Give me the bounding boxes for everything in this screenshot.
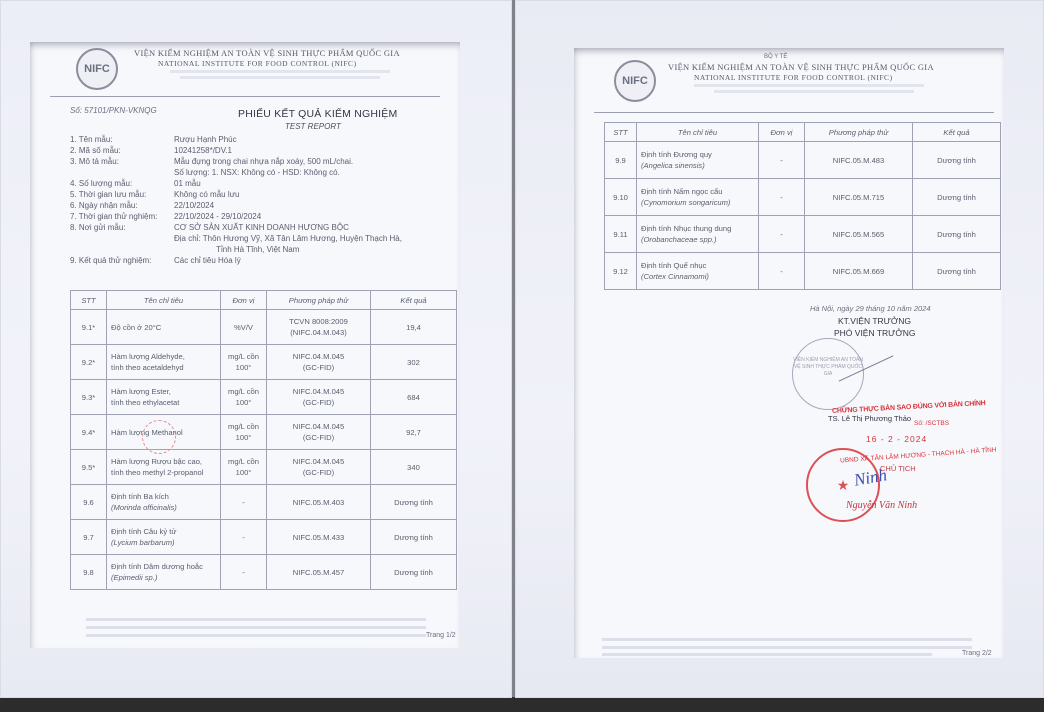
cell-method: NIFC.05.M.403 — [267, 485, 371, 520]
indicator-name: Định tính Dâm dương hoắc — [111, 561, 218, 572]
cell-stt: 9.5* — [71, 450, 107, 485]
info-row: 7. Thời gian thử nghiệm:22/10/2024 - 29/… — [70, 211, 464, 222]
red-stamp-fragment — [142, 420, 176, 454]
indicator-name: Định tính Đương quy — [641, 149, 756, 160]
cell-unit: - — [759, 142, 805, 179]
cell-stt: 9.6 — [71, 485, 107, 520]
info-label: 2. Mã số mẫu: — [70, 145, 174, 156]
column-header: Kết quả — [371, 291, 457, 310]
cell-unit: - — [759, 179, 805, 216]
info-value: Tỉnh Hà Tĩnh, Việt Nam — [174, 244, 464, 255]
info-value: Các chỉ tiêu Hóa lý — [174, 255, 464, 266]
cell-method: TCVN 8008:2009 (NIFC.04.M.043) — [267, 310, 371, 345]
cell-method: NIFC.05.M.457 — [267, 555, 371, 590]
page-number: Trang 2/2 — [962, 650, 992, 657]
cell-unit: mg/L cồn 100° — [221, 345, 267, 380]
institute-contact — [180, 76, 380, 79]
cell-stt: 9.7 — [71, 520, 107, 555]
signatory-title: KT.VIỆN TRƯỞNG — [838, 316, 911, 326]
cell-result: Dương tính — [913, 253, 1001, 290]
indicator-name: Độ cồn ở 20°C — [111, 322, 218, 333]
footnote-line — [602, 653, 932, 656]
footnote-line — [86, 626, 426, 629]
cell-unit: - — [759, 253, 805, 290]
nifc-logo-icon: NIFC — [76, 48, 118, 90]
certification-number: Số: /SCTBS — [914, 420, 949, 427]
table-row: 9.12Định tính Quế nhục(Cortex Cinnamomi)… — [605, 253, 1001, 290]
info-row: 2. Mã số mẫu:10241258*/DV.1 — [70, 145, 464, 156]
info-row: 8. Nơi gửi mẫu:CƠ SỞ SẢN XUẤT KINH DOANH… — [70, 222, 464, 233]
cell-name: Độ cồn ở 20°C — [107, 310, 221, 345]
cell-stt: 9.4* — [71, 415, 107, 450]
table-row: 9.1*Độ cồn ở 20°C%V/VTCVN 8008:2009 (NIF… — [71, 310, 457, 345]
cell-name: Định tính Quế nhục(Cortex Cinnamomi) — [637, 253, 759, 290]
cell-method: NIFC.05.M.483 — [805, 142, 913, 179]
cell-result: Dương tính — [371, 555, 457, 590]
cell-stt: 9.8 — [71, 555, 107, 590]
cell-result: Dương tính — [371, 485, 457, 520]
cell-method: NIFC.05.M.669 — [805, 253, 913, 290]
scientific-name: (Morinda officinalis) — [111, 502, 218, 513]
info-label: 4. Số lượng mẫu: — [70, 178, 174, 189]
institute-address — [694, 84, 924, 87]
info-label: 1. Tên mẫu: — [70, 134, 174, 145]
info-label: 7. Thời gian thử nghiệm: — [70, 211, 174, 222]
info-label: 9. Kết quả thử nghiệm: — [70, 255, 174, 266]
info-row: 5. Thời gian lưu mẫu:Không có mẫu lưu — [70, 189, 464, 200]
cell-result: Dương tính — [913, 142, 1001, 179]
cell-result: 92,7 — [371, 415, 457, 450]
table-row: 9.11Định tính Nhục thung dung(Orobanchac… — [605, 216, 1001, 253]
document-header: NIFC VIỆN KIỂM NGHIỆM AN TOÀN VỆ SINH TH… — [30, 42, 460, 100]
cell-stt: 9.10 — [605, 179, 637, 216]
report-subtitle: TEST REPORT — [285, 122, 341, 131]
info-label: 6. Ngày nhận mẫu: — [70, 200, 174, 211]
indicator-name: Hàm lượng Ester, tính theo ethylacetat — [111, 386, 218, 408]
document-number: Số: 57101/PKN-VKNQG — [70, 106, 157, 115]
cell-method: NIFC.04.M.045 (GC-FID) — [267, 415, 371, 450]
cell-method: NIFC.05.M.565 — [805, 216, 913, 253]
cell-stt: 9.1* — [71, 310, 107, 345]
cell-name: Định tính Nấm ngọc cẩu(Cynomorium songar… — [637, 179, 759, 216]
cell-unit: %V/V — [221, 310, 267, 345]
indicator-name: Hàm lượng Rượu bậc cao, tính theo methyl… — [111, 456, 218, 478]
cell-method: NIFC.05.M.715 — [805, 179, 913, 216]
info-row: 3. Mô tả mẫu:Mẫu đựng trong chai nhựa nắ… — [70, 156, 464, 167]
column-header: Phương pháp thử — [267, 291, 371, 310]
cell-method: NIFC.04.M.045 (GC-FID) — [267, 380, 371, 415]
results-table-left: STTTên chỉ tiêuĐơn vịPhương pháp thửKết … — [70, 290, 457, 590]
cell-name: Định tính Ba kích(Morinda officinalis) — [107, 485, 221, 520]
page-number: Trang 1/2 — [426, 632, 456, 639]
info-label: 5. Thời gian lưu mẫu: — [70, 189, 174, 200]
header-divider — [594, 112, 994, 113]
institute-name-vn: VIỆN KIỂM NGHIỆM AN TOÀN VỆ SINH THỰC PH… — [668, 62, 934, 72]
info-value: 10241258*/DV.1 — [174, 145, 464, 156]
cell-stt: 9.11 — [605, 216, 637, 253]
info-label — [70, 167, 174, 178]
signer-name: TS. Lê Thị Phương Thảo — [828, 414, 911, 423]
handwritten-signature: Ninh — [853, 465, 889, 490]
cell-stt: 9.3* — [71, 380, 107, 415]
scientific-name: (Angelica sinensis) — [641, 160, 756, 171]
header-divider — [50, 96, 440, 97]
results-table-right: STTTên chỉ tiêuĐơn vịPhương pháp thửKết … — [604, 122, 1001, 290]
info-row: Địa chỉ: Thôn Hương Vỹ, Xã Tân Lâm Hương… — [70, 233, 464, 244]
certified-copy-stamp: CHỨNG THỰC BẢN SAO ĐÚNG VỚI BẢN CHÍNH — [832, 400, 986, 415]
left-frame: NIFC VIỆN KIỂM NGHIỆM AN TOÀN VỆ SINH TH… — [0, 0, 512, 698]
info-row: Số lượng: 1. NSX: Không có - HSD: Không … — [70, 167, 464, 178]
info-label: 3. Mô tả mẫu: — [70, 156, 174, 167]
info-label — [70, 233, 174, 244]
table-row: 9.5*Hàm lượng Rượu bậc cao, tính theo me… — [71, 450, 457, 485]
cell-unit: - — [221, 555, 267, 590]
indicator-name: Định tính Nhục thung dung — [641, 223, 756, 234]
cell-method: NIFC.04.M.045 (GC-FID) — [267, 345, 371, 380]
cell-method: NIFC.05.M.433 — [267, 520, 371, 555]
table-row: 9.6Định tính Ba kích(Morinda officinalis… — [71, 485, 457, 520]
info-value: 22/10/2024 - 29/10/2024 — [174, 211, 464, 222]
footnote-line — [602, 638, 972, 641]
cell-result: 684 — [371, 380, 457, 415]
column-header: Đơn vị — [759, 123, 805, 142]
sample-info-list: 1. Tên mẫu:Rượu Hạnh Phúc2. Mã số mẫu:10… — [70, 134, 464, 266]
table-row: 9.4*Hàm lượng Methanolmg/L cồn 100°NIFC.… — [71, 415, 457, 450]
document-header: NIFC BỘ Y TẾ VIỆN KIỂM NGHIỆM AN TOÀN VỆ… — [574, 48, 1004, 106]
cell-result: Dương tính — [371, 520, 457, 555]
cell-stt: 9.9 — [605, 142, 637, 179]
info-row: 1. Tên mẫu:Rượu Hạnh Phúc — [70, 134, 464, 145]
cell-name: Định tính Câu kỷ tử(Lycium barbarum) — [107, 520, 221, 555]
cell-result: 19,4 — [371, 310, 457, 345]
right-document-page: NIFC BỘ Y TẾ VIỆN KIỂM NGHIỆM AN TOÀN VỆ… — [574, 48, 1004, 658]
table-row: 9.9Định tính Đương quy(Angelica sinensis… — [605, 142, 1001, 179]
cell-name: Hàm lượng Rượu bậc cao, tính theo methyl… — [107, 450, 221, 485]
signature-date: Hà Nội, ngày 29 tháng 10 năm 2024 — [810, 304, 931, 313]
left-document-page: NIFC VIỆN KIỂM NGHIỆM AN TOÀN VỆ SINH TH… — [30, 42, 460, 648]
column-header: STT — [71, 291, 107, 310]
indicator-name: Hàm lượng Aldehyde, tính theo acetaldehy… — [111, 351, 218, 373]
info-label: 8. Nơi gửi mẫu: — [70, 222, 174, 233]
info-label — [70, 244, 174, 255]
info-value: Mẫu đựng trong chai nhựa nắp xoáy, 500 m… — [174, 156, 464, 167]
ministry-name: BỘ Y TẾ — [764, 54, 787, 60]
info-value: Địa chỉ: Thôn Hương Vỹ, Xã Tân Lâm Hương… — [174, 233, 464, 244]
institute-name-vn: VIỆN KIỂM NGHIỆM AN TOÀN VỆ SINH THỰC PH… — [134, 48, 400, 58]
info-row: 6. Ngày nhận mẫu:22/10/2024 — [70, 200, 464, 211]
signatory-subtitle: PHÓ VIỆN TRƯỞNG — [834, 328, 915, 338]
cell-name: Hàm lượng Ester, tính theo ethylacetat — [107, 380, 221, 415]
cell-stt: 9.2* — [71, 345, 107, 380]
info-row: 4. Số lượng mẫu:01 mẫu — [70, 178, 464, 189]
scientific-name: (Cortex Cinnamomi) — [641, 271, 756, 282]
scientific-name: (Orobanchaceae spp.) — [641, 234, 756, 245]
cell-name: Định tính Đương quy(Angelica sinensis) — [637, 142, 759, 179]
cell-result: 340 — [371, 450, 457, 485]
scientific-name: (Cynomorium songaricum) — [641, 197, 756, 208]
info-row: Tỉnh Hà Tĩnh, Việt Nam — [70, 244, 464, 255]
authority-signer-name: Nguyễn Văn Ninh — [846, 500, 917, 511]
cell-name: Định tính Nhục thung dung(Orobanchaceae … — [637, 216, 759, 253]
info-value: Không có mẫu lưu — [174, 189, 464, 200]
cell-unit: mg/L cồn 100° — [221, 380, 267, 415]
table-row: 9.2*Hàm lượng Aldehyde, tính theo acetal… — [71, 345, 457, 380]
cell-unit: - — [221, 485, 267, 520]
table-row: 9.3*Hàm lượng Ester, tính theo ethylacet… — [71, 380, 457, 415]
info-value: Số lượng: 1. NSX: Không có - HSD: Không … — [174, 167, 464, 178]
column-header: Đơn vị — [221, 291, 267, 310]
cell-unit: mg/L cồn 100° — [221, 450, 267, 485]
footnote-line — [86, 634, 426, 637]
cell-result: Dương tính — [913, 216, 1001, 253]
info-value: 01 mẫu — [174, 178, 464, 189]
cell-unit: - — [221, 520, 267, 555]
cell-result: 302 — [371, 345, 457, 380]
cell-result: Dương tính — [913, 179, 1001, 216]
table-row: 9.7Định tính Câu kỷ tử(Lycium barbarum)-… — [71, 520, 457, 555]
institute-name-en: NATIONAL INSTITUTE FOR FOOD CONTROL (NIF… — [694, 73, 893, 82]
column-header: Tên chỉ tiêu — [637, 123, 759, 142]
info-value: 22/10/2024 — [174, 200, 464, 211]
institute-name-en: NATIONAL INSTITUTE FOR FOOD CONTROL (NIF… — [158, 59, 357, 68]
cell-unit: mg/L cồn 100° — [221, 415, 267, 450]
table-row: 9.10Định tính Nấm ngọc cẩu(Cynomorium so… — [605, 179, 1001, 216]
column-header: Tên chỉ tiêu — [107, 291, 221, 310]
cell-method: NIFC.04.M.045 (GC-FID) — [267, 450, 371, 485]
indicator-name: Định tính Quế nhục — [641, 260, 756, 271]
nifc-logo-icon: NIFC — [614, 60, 656, 102]
certification-date: 16 - 2 - 2024 — [866, 434, 927, 444]
indicator-name: Định tính Ba kích — [111, 491, 218, 502]
report-title: PHIẾU KẾT QUẢ KIỂM NGHIỆM — [238, 108, 397, 120]
background-floor — [0, 697, 1044, 712]
info-value: CƠ SỞ SẢN XUẤT KINH DOANH HƯƠNG BỘC — [174, 222, 464, 233]
cell-unit: - — [759, 216, 805, 253]
column-header: Phương pháp thử — [805, 123, 913, 142]
column-header: STT — [605, 123, 637, 142]
footnote-line — [602, 646, 972, 649]
institute-contact — [714, 90, 914, 93]
cell-name: Hàm lượng Aldehyde, tính theo acetaldehy… — [107, 345, 221, 380]
right-frame: NIFC BỘ Y TẾ VIỆN KIỂM NGHIỆM AN TOÀN VỆ… — [515, 0, 1044, 698]
footnote-line — [86, 618, 426, 621]
institute-address — [170, 70, 390, 73]
table-row: 9.8Định tính Dâm dương hoắc(Epimedii sp.… — [71, 555, 457, 590]
scientific-name: (Lycium barbarum) — [111, 537, 218, 548]
cell-stt: 9.12 — [605, 253, 637, 290]
authority-name: UBND XÃ TÂN LÂM HƯƠNG - THẠCH HÀ - HÀ TĨ… — [840, 447, 997, 465]
cell-name: Định tính Dâm dương hoắc(Epimedii sp.) — [107, 555, 221, 590]
info-row: 9. Kết quả thử nghiệm:Các chỉ tiêu Hóa l… — [70, 255, 464, 266]
scientific-name: (Epimedii sp.) — [111, 572, 218, 583]
info-value: Rượu Hạnh Phúc — [174, 134, 464, 145]
indicator-name: Định tính Câu kỷ tử — [111, 526, 218, 537]
column-header: Kết quả — [913, 123, 1001, 142]
indicator-name: Định tính Nấm ngọc cẩu — [641, 186, 756, 197]
